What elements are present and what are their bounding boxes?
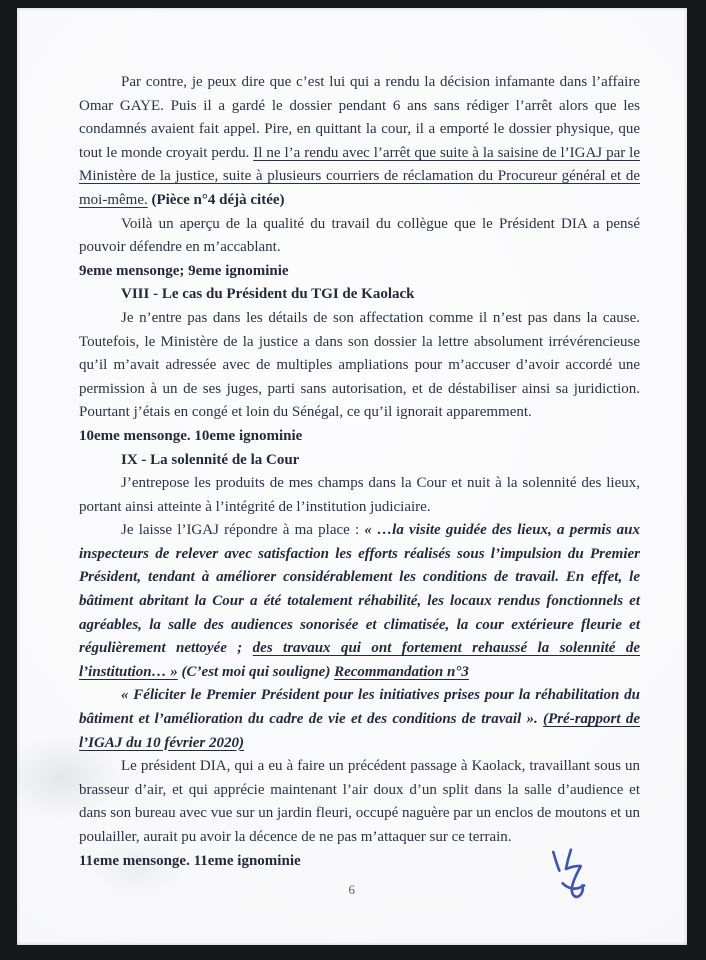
document-page: Par contre, je peux dire que c’est lui q…: [17, 8, 687, 945]
text-segment: (Pièce n°4 déjà citée): [151, 192, 284, 208]
text-segment: IX - La solennité de la Cour: [121, 452, 299, 468]
handwritten-paraph-icon: [539, 844, 605, 916]
text-segment: « …la visite guidée des lieux, a permis …: [79, 522, 640, 656]
text-segment: Voilà un aperçu de la qualité du travail…: [79, 216, 640, 256]
text-segment: (C’est moi qui souligne): [178, 664, 334, 680]
text-segment: Je n’entre pas dans les détails de son a…: [79, 310, 640, 420]
paragraph: 9eme mensonge; 9eme ignominie: [79, 260, 640, 284]
text-segment: 10eme mensonge. 10eme ignominie: [79, 428, 302, 444]
paragraph: 10eme mensonge. 10eme ignominie: [79, 425, 640, 449]
text-segment: Recommandation n°3: [334, 664, 469, 680]
paragraph: Je laisse l’IGAJ répondre à ma place : «…: [79, 519, 640, 684]
paragraph: Le président DIA, qui a eu à faire un pr…: [79, 755, 640, 849]
document-body: Par contre, je peux dire que c’est lui q…: [79, 71, 640, 873]
paragraph: J’entrepose les produits de mes champs d…: [79, 472, 640, 519]
paragraph: Par contre, je peux dire que c’est lui q…: [79, 71, 640, 213]
text-segment: Le président DIA, qui a eu à faire un pr…: [79, 758, 640, 845]
text-segment: VIII - Le cas du Président du TGI de Kao…: [121, 286, 415, 302]
scan-frame: Par contre, je peux dire que c’est lui q…: [0, 0, 706, 960]
paragraph: IX - La solennité de la Cour: [79, 449, 640, 473]
text-segment: J’entrepose les produits de mes champs d…: [79, 475, 640, 515]
paragraph: « Féliciter le Premier Président pour le…: [79, 684, 640, 755]
paragraph: Je n’entre pas dans les détails de son a…: [79, 307, 640, 425]
paragraph: VIII - Le cas du Président du TGI de Kao…: [79, 283, 640, 307]
text-segment: 11eme mensonge. 11eme ignominie: [79, 853, 301, 869]
text-segment: Je laisse l’IGAJ répondre à ma place :: [121, 522, 364, 538]
paragraph: Voilà un aperçu de la qualité du travail…: [79, 213, 640, 260]
text-segment: 9eme mensonge; 9eme ignominie: [79, 263, 289, 279]
